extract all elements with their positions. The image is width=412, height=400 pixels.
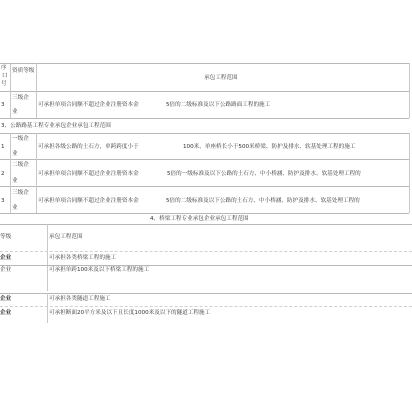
row-scope: 可承担各类隧道工程施工 [49, 297, 111, 303]
table-right-border [409, 133, 410, 213]
row-index: 1 [1, 145, 5, 151]
table-top-border [0, 63, 409, 64]
row-scope: 可承担单项合同额不超过企业注册资本金 [38, 172, 139, 178]
row-level: 三级企 [12, 191, 29, 197]
row-scope-continued: 5倍的一级标准及以下公路的土石方、中小桥涵、防护及排水、软基处理工程的 [167, 172, 361, 178]
contract-scope-header: 承包工程范围 [49, 235, 83, 241]
table-row-divider [0, 265, 412, 266]
row-index: 3 [1, 199, 5, 205]
column-divider [36, 63, 37, 118]
row-level: 业 [12, 110, 18, 116]
row-scope: 可承担单项合同额不超过企业注册资本金 [38, 103, 139, 109]
index-label-line: 序 [1, 66, 7, 72]
row-level: 企业 [0, 268, 11, 274]
table-row-divider [0, 306, 412, 307]
row-scope: 可承担各级公路的土石方，单跨跨度小于 [38, 145, 139, 151]
section-3-title: 3、公路路基工程专业承包企业承包工程范围 [1, 124, 111, 130]
row-level: 二级企 [12, 163, 29, 169]
row-level: 业 [12, 206, 18, 212]
row-scope-continued: 5倍的二级标准及以下公路的土石方、中小桥涵、防护及排水、软基处理工程的 [166, 199, 360, 205]
column-divider [47, 224, 48, 291]
row-level: 一级企 [12, 137, 29, 143]
row-scope-continued: 100米、单座桥长小于500米桥梁、防护及排水、软基处理工程的施工 [183, 145, 355, 151]
qualification-level-header: 资质等级 [12, 69, 34, 75]
table-top-border [0, 293, 412, 294]
table-row-divider [0, 159, 409, 160]
row-index: 3 [1, 103, 5, 109]
table-top-border [0, 133, 409, 134]
table-row-divider [0, 186, 409, 187]
row-level: 企业 [0, 311, 11, 317]
row-level: 业 [12, 152, 18, 158]
index-label-line: 号 [1, 82, 7, 88]
index-label-line: 口 [2, 74, 8, 80]
column-divider [10, 133, 11, 213]
row-level: 三级企 [12, 96, 29, 102]
contract-scope-header: 承包工程范围 [204, 76, 238, 82]
row-index: 2 [1, 172, 5, 178]
section-4-title: 4、桥梁工程专业承包企业承包工程范围 [150, 217, 249, 223]
table-top-border [0, 224, 412, 225]
row-level: 企业 [0, 297, 11, 303]
table-right-border [409, 63, 410, 118]
row-level: 业 [12, 179, 18, 185]
table-bottom-border [0, 118, 409, 119]
row-level: 企业 [0, 256, 11, 262]
table-bottom-border [0, 213, 409, 214]
level-header: 等级 [0, 235, 11, 241]
row-scope: 可承担单项合同额不超过企业注册资本金 [38, 199, 139, 205]
row-scope: 可承担单跨100米及以下桥梁工程的施工 [49, 268, 149, 274]
column-divider [47, 293, 48, 323]
table-row-divider [0, 251, 412, 252]
column-divider [36, 133, 37, 213]
row-scope: 可承担各类桥梁工程的施工 [49, 256, 116, 262]
row-scope: 可承担断面20平方米及以下且长度1000米及以下的隧道工程施工 [49, 311, 210, 317]
row-scope-continued: 5倍的二级标准及以下公路路面工程的施工 [166, 103, 270, 109]
column-divider [10, 63, 11, 118]
table-row-divider [0, 91, 409, 92]
